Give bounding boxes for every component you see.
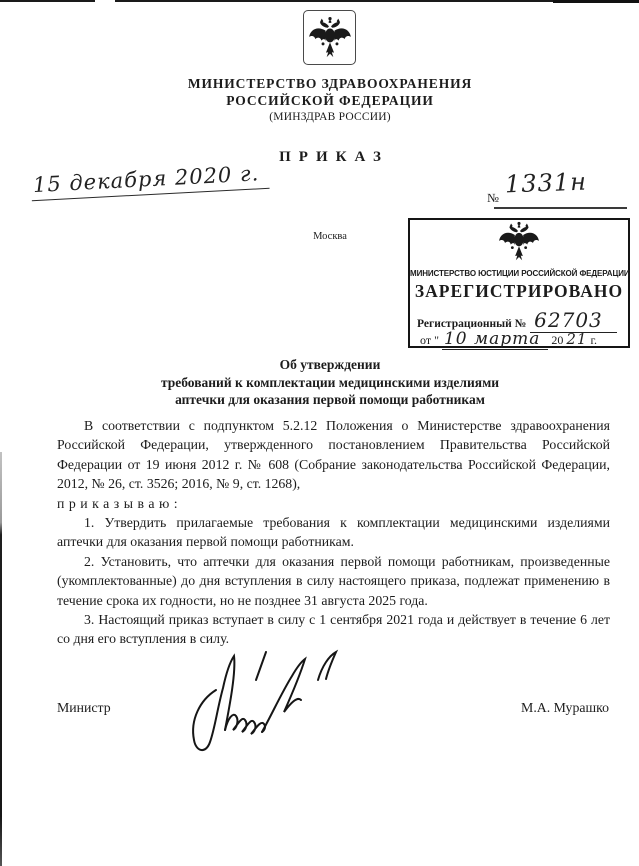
scan-artifact-top-right [553, 0, 639, 3]
order-item-3: 3. Настоящий приказ вступает в силу с 1 … [57, 610, 610, 649]
intro-paragraph: В соответствии с подпунктом 5.2.12 Полож… [57, 416, 610, 513]
handwritten-issue-date-text: 15 декабря 2020 г. [32, 161, 259, 197]
minister-position-label: Министр [57, 700, 111, 716]
ministry-name-line2: РОССИЙСКОЙ ФЕДЕРАЦИИ [150, 93, 510, 110]
letterhead-emblem-box [303, 10, 356, 65]
prikazyvayu-word: приказываю: [57, 494, 610, 513]
order-item-1: 1. Утвердить прилагаемые требования к ко… [57, 513, 610, 552]
stamp-ministry-label: МИНИСТЕРСТВО ЮСТИЦИИ РОССИЙСКОЙ ФЕДЕРАЦИ… [410, 269, 628, 278]
minister-signature-flourish [182, 648, 342, 776]
ministry-name-line1: МИНИСТЕРСТВО ЗДРАВООХРАНЕНИЯ [150, 76, 510, 93]
order-number-underline [494, 207, 627, 209]
stamp-date-century: 20 [551, 333, 563, 347]
scan-artifact-left-line [0, 452, 2, 866]
stamp-date-suffix: г. [590, 333, 597, 347]
document-page: МИНИСТЕРСТВО ЗДРАВООХРАНЕНИЯ РОССИЙСКОЙ … [0, 0, 639, 866]
order-number-label: № [487, 191, 499, 206]
registration-stamp: МИНИСТЕРСТВО ЮСТИЦИИ РОССИЙСКОЙ ФЕДЕРАЦИ… [408, 218, 630, 348]
order-title: Об утверждении требований к комплектации… [70, 356, 590, 409]
city-label: Москва [280, 231, 380, 242]
order-body: В соответствии с подпунктом 5.2.12 Полож… [57, 416, 610, 649]
stamp-registered-label: ЗАРЕГИСТРИРОВАНО [410, 281, 628, 302]
intro-text: В соответствии с подпунктом 5.2.12 Полож… [57, 418, 610, 491]
order-title-line2: требований к комплектации медицинскими и… [70, 374, 590, 392]
stamp-date-line: от " 10 марта 20 21 г. [420, 329, 597, 349]
coat-of-arms-eagle-icon [308, 16, 352, 60]
minister-name: М.А. Мурашко [521, 700, 609, 716]
ministry-short-name: (МИНЗДРАВ РОССИИ) [150, 110, 510, 125]
handwritten-issue-date: 15 декабря 2020 г. [30, 161, 270, 201]
letterhead: МИНИСТЕРСТВО ЗДРАВООХРАНЕНИЯ РОССИЙСКОЙ … [150, 76, 510, 125]
stamp-date-year-handwritten: 21 [566, 330, 587, 348]
stamp-date-prefix: от " [420, 333, 439, 347]
order-title-line3: аптечки для оказания первой помощи работ… [70, 391, 590, 409]
order-item-2: 2. Установить, что аптечки для оказания … [57, 552, 610, 610]
stamp-eagle-icon [498, 221, 540, 263]
scan-artifact-top-gap [95, 0, 115, 4]
order-title-line1: Об утверждении [70, 356, 590, 374]
handwritten-order-number: 1331н [505, 168, 588, 199]
stamp-date-handwritten: 10 марта [442, 329, 548, 350]
